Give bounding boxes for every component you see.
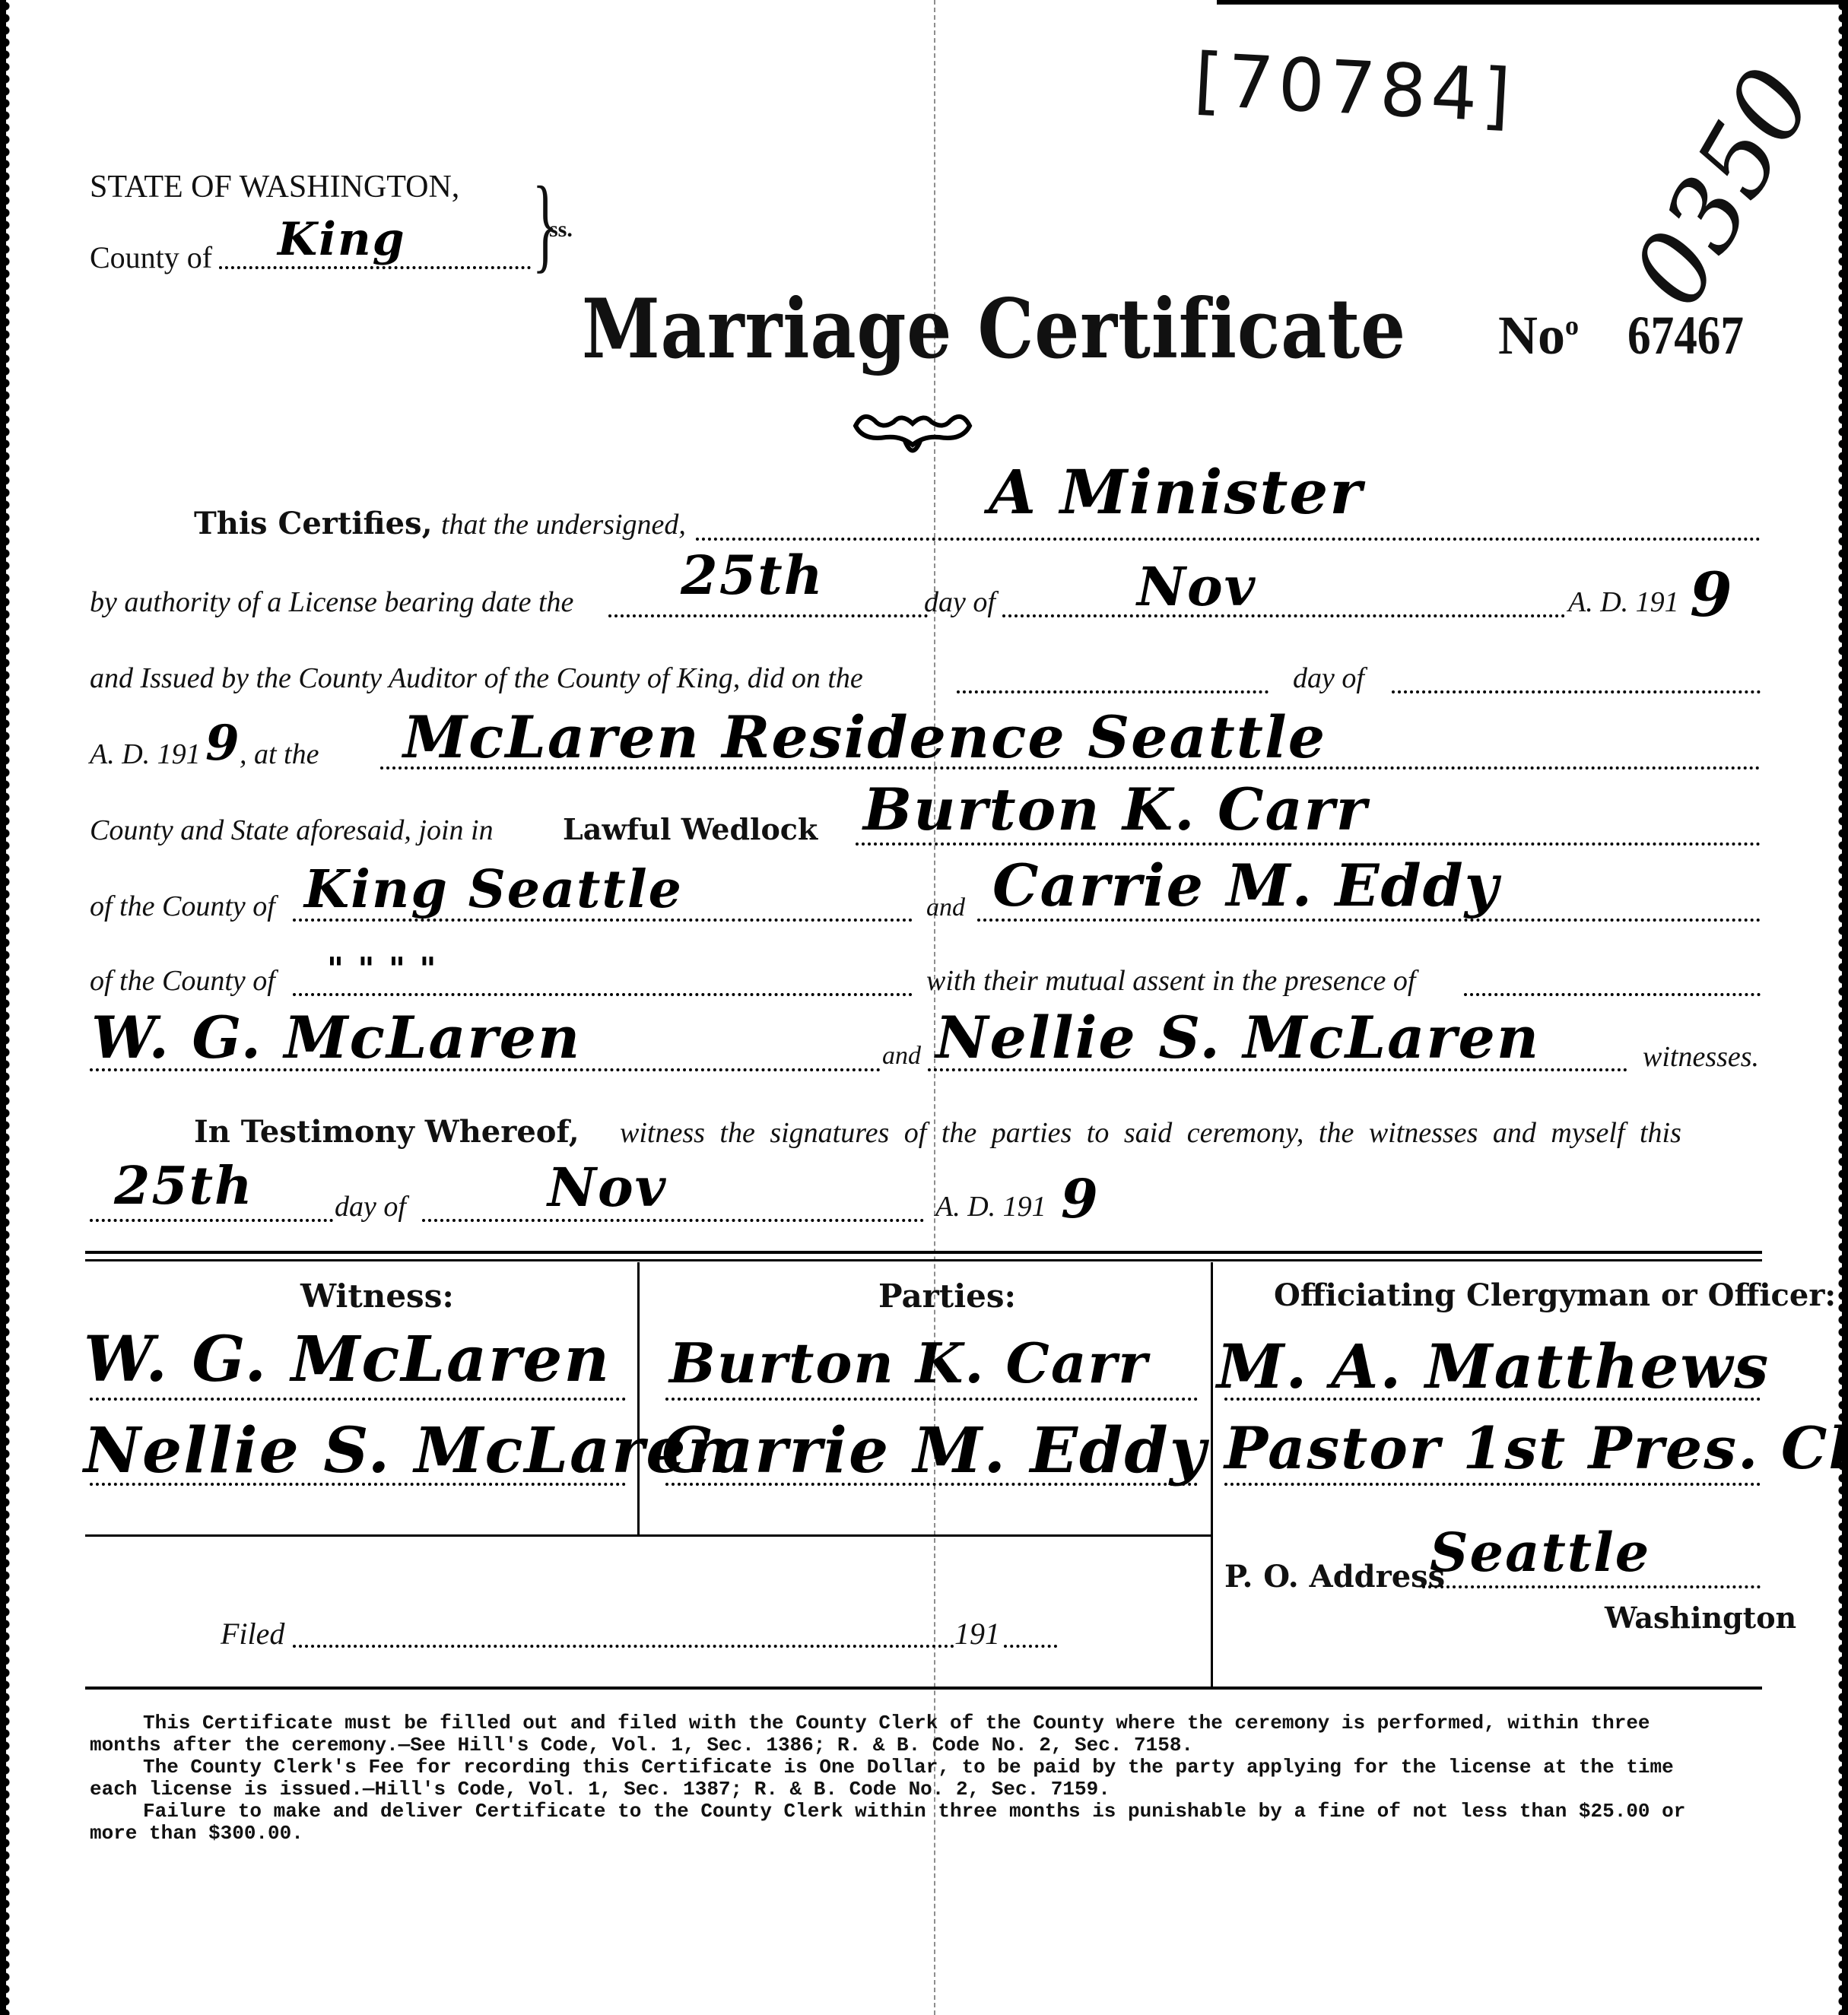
left-scallop xyxy=(0,0,11,2015)
witnesses-label: witnesses. xyxy=(1643,1040,1759,1074)
license-day-line xyxy=(608,614,928,617)
license-day-value: 25th xyxy=(681,544,824,607)
filed-year-line xyxy=(1004,1645,1057,1648)
certificate-number: 67467 xyxy=(1627,304,1744,367)
party-signature-1: Burton K. Carr xyxy=(669,1331,1148,1395)
undersigned-line xyxy=(696,538,1761,541)
groom-name-value: Burton K. Carr xyxy=(863,776,1368,843)
filed-label: Filed xyxy=(221,1616,284,1652)
join-in-label: County and State aforesaid, join in xyxy=(90,814,494,847)
party-signature-2: Carrie M. Eddy xyxy=(662,1414,1207,1487)
ceremony-day-line xyxy=(957,690,1269,693)
ceremony-month-line xyxy=(1392,690,1761,693)
officiant-type-value: A Minister xyxy=(989,456,1363,528)
presence-line xyxy=(1464,993,1761,996)
undersigned-label: that the undersigned, xyxy=(441,508,686,541)
bride-county-value: " " " " xyxy=(327,950,437,988)
ad-label-2: A. D. 191 xyxy=(90,738,201,771)
notice-3-line-2: more than $300.00. xyxy=(90,1823,1685,1845)
mutual-assent-label: with their mutual assent in the presence… xyxy=(926,964,1415,998)
bride-county-line xyxy=(293,993,913,996)
margin-marks: 0350 xyxy=(1610,49,1836,325)
ad-label: A. D. 191 xyxy=(1568,585,1679,619)
page-title: Marriage Certificate xyxy=(582,281,1406,377)
column-divider-1 xyxy=(637,1262,640,1536)
day-of-label: day of xyxy=(924,585,995,619)
county-label: County of xyxy=(90,240,212,275)
bride-name-value: Carrie M. Eddy xyxy=(992,852,1500,919)
license-month-value: Nov xyxy=(1137,555,1256,618)
parties-heading: Parties: xyxy=(878,1277,1016,1315)
issued-by-label: and Issued by the County Auditor of the … xyxy=(90,662,863,695)
footer-notice: This Certificate must be filled out and … xyxy=(90,1712,1685,1845)
county-field-line xyxy=(219,266,531,269)
notice-1-line-2: months after the ceremony.—See Hill's Co… xyxy=(90,1734,1685,1756)
license-month-line xyxy=(1002,614,1565,617)
notice-3-line-1: Failure to make and deliver Certificate … xyxy=(90,1801,1685,1823)
filed-year-label: 191 xyxy=(954,1616,1000,1652)
in-testimony-label: In Testimony Whereof, xyxy=(194,1114,579,1150)
notice-2-line-2: each license is issued.—Hill's Code, Vol… xyxy=(90,1779,1685,1801)
testimony-year-value: 9 xyxy=(1061,1167,1100,1230)
county-field-value: King xyxy=(278,213,406,266)
right-scallop xyxy=(1837,0,1848,2015)
lawful-wedlock-label: Lawful Wedlock xyxy=(563,812,818,846)
filed-line xyxy=(293,1645,954,1648)
witness1-value: W. G. McLaren xyxy=(91,1004,581,1071)
notice-1-line-1: This Certificate must be filled out and … xyxy=(90,1712,1685,1734)
footer-rule xyxy=(85,1687,1762,1690)
number-label: Noo xyxy=(1498,304,1579,367)
at-the-label: , at the xyxy=(240,738,319,771)
ss-label: ss. xyxy=(549,217,573,243)
witness2-value: Nellie S. McLaren xyxy=(935,1004,1540,1071)
testimony-day-value: 25th xyxy=(114,1156,253,1217)
state-label: STATE OF WASHINGTON, xyxy=(90,169,459,205)
witness-signature-2: Nellie S. McLaren xyxy=(84,1414,734,1487)
top-border xyxy=(1217,0,1848,5)
witness-heading: Witness: xyxy=(300,1277,454,1315)
column-divider-2 xyxy=(1211,1262,1213,1688)
ornament-icon xyxy=(848,407,977,460)
witness-sig1-line xyxy=(90,1398,626,1401)
party-sig1-line xyxy=(665,1398,1198,1401)
ad-label-3: A. D. 191 xyxy=(935,1190,1046,1223)
day-of-label-3: day of xyxy=(335,1190,406,1223)
washington-label: Washington xyxy=(1605,1601,1796,1635)
archive-number: [70784] xyxy=(1192,37,1517,139)
testimony-day-line xyxy=(90,1219,333,1222)
testimony-month-value: Nov xyxy=(548,1156,667,1219)
witness-signature-1: W. G. McLaren xyxy=(84,1323,611,1396)
license-year-value: 9 xyxy=(1690,559,1734,630)
double-rule-top xyxy=(85,1251,1762,1254)
ceremony-year-value: 9 xyxy=(205,715,241,772)
bride-county-label: of the County of xyxy=(90,964,275,998)
officer-heading: Officiating Clergyman or Officer: xyxy=(1274,1277,1836,1313)
day-of-label-2: day of xyxy=(1293,662,1364,695)
and-label: and xyxy=(926,893,965,922)
po-address-label: P. O. Address xyxy=(1224,1559,1445,1595)
officer-title-line xyxy=(1224,1483,1761,1486)
testimony-month-line xyxy=(422,1219,924,1222)
officer-title-value: Pastor 1st Pres. Ch. xyxy=(1224,1414,1848,1482)
po-address-line xyxy=(1422,1585,1761,1588)
officer-signature: M. A. Matthews xyxy=(1217,1331,1770,1402)
ceremony-place-value: McLaren Residence Seattle xyxy=(403,703,1326,771)
po-address-value: Seattle xyxy=(1430,1521,1650,1584)
notice-2-line-1: The County Clerk's Fee for recording thi… xyxy=(90,1756,1685,1779)
groom-county-value: King Seattle xyxy=(304,859,683,920)
and-label-2: and xyxy=(882,1042,921,1071)
testimony-text: witness the signatures of the parties to… xyxy=(620,1116,1681,1150)
double-rule-bottom xyxy=(85,1259,1762,1261)
signature-rule xyxy=(85,1534,1211,1537)
groom-county-label: of the County of xyxy=(90,890,275,923)
license-date-label: by authority of a License bearing date t… xyxy=(90,585,573,619)
this-certifies-label: This Certifies, xyxy=(194,506,433,541)
